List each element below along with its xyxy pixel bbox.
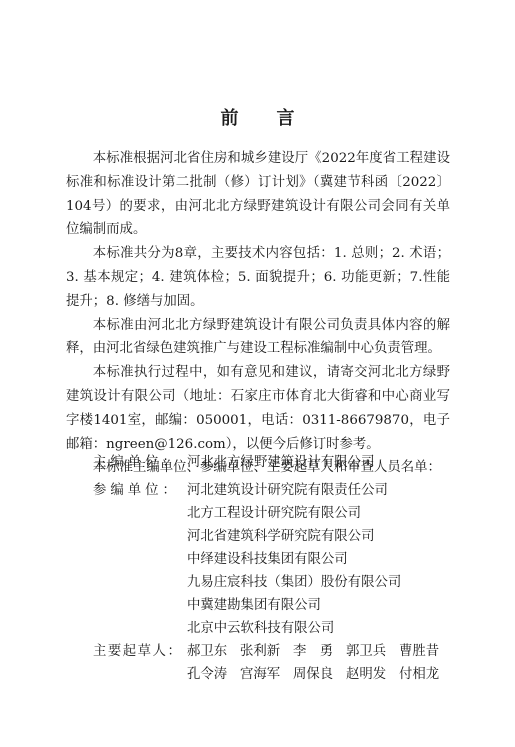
chief-unit-row: 主编单位： 河北北方绿野建筑设计有限公司 <box>93 451 473 474</box>
participating-unit: 九易庄宸科技（集团）股份有限公司 <box>187 571 473 594</box>
drafter-name: 郭卫兵 <box>346 640 399 663</box>
chief-unit-label: 主编单位： <box>93 451 187 474</box>
participating-unit: 北方工程设计研究院有限公司 <box>187 502 473 525</box>
drafters-label: 主要起草人： <box>93 640 187 686</box>
drafter-name: 周保良 <box>293 663 346 686</box>
drafters-line: 郝卫东 张利新 李 勇 郭卫兵 曹胜昔 <box>187 640 473 663</box>
participating-units-row: 参编单位： 河北建筑设计研究院有限责任公司 北方工程设计研究院有限公司 河北省建… <box>93 479 473 640</box>
participating-unit: 中冀建勘集团有限公司 <box>187 594 473 617</box>
paragraph-management: 本标准由河北北方绿野建筑设计有限公司负责具体内容的解释，由河北省绿色建筑推广与建… <box>66 314 450 362</box>
drafter-name: 赵明发 <box>346 663 399 686</box>
drafter-name: 付相龙 <box>399 663 452 686</box>
chief-unit-value: 河北北方绿野建筑设计有限公司 <box>187 451 473 474</box>
preface-body: 本标准根据河北省住房和城乡建设厅《2022年度省工程建设标准和标准设计第二批制（… <box>66 147 450 480</box>
drafter-name: 曹胜昔 <box>399 640 452 663</box>
participating-unit: 河北建筑设计研究院有限责任公司 <box>187 479 473 502</box>
drafters-row: 主要起草人： 郝卫东 张利新 李 勇 郭卫兵 曹胜昔 孔令涛 宫海军 周保良 赵… <box>93 640 473 686</box>
document-page: 前言 本标准根据河北省住房和城乡建设厅《2022年度省工程建设标准和标准设计第二… <box>0 0 515 747</box>
paragraph-feedback: 本标准执行过程中，如有意见和建议，请寄交河北北方绿野建筑设计有限公司（地址：石家… <box>66 361 450 456</box>
page-title: 前言 <box>0 104 515 130</box>
personnel-list: 主编单位： 河北北方绿野建筑设计有限公司 参编单位： 河北建筑设计研究院有限责任… <box>93 451 473 686</box>
drafter-name: 孔令涛 <box>187 663 240 686</box>
title-char: 言 <box>277 104 295 130</box>
participating-units-label: 参编单位： <box>93 479 187 640</box>
paragraph-basis: 本标准根据河北省住房和城乡建设厅《2022年度省工程建设标准和标准设计第二批制（… <box>66 147 450 242</box>
drafter-name: 李 勇 <box>293 640 346 663</box>
paragraph-contents: 本标准共分为8章，主要技术内容包括：1. 总则；2. 术语；3. 基本规定；4.… <box>66 242 450 313</box>
participating-unit: 河北省建筑科学研究院有限公司 <box>187 525 473 548</box>
drafter-name: 张利新 <box>240 640 293 663</box>
drafter-name: 宫海军 <box>240 663 293 686</box>
title-char: 前 <box>221 104 239 130</box>
participating-unit: 中绎建设科技集团有限公司 <box>187 548 473 571</box>
participating-unit: 北京中云软科技有限公司 <box>187 617 473 640</box>
drafter-name: 郝卫东 <box>187 640 240 663</box>
drafters-line: 孔令涛 宫海军 周保良 赵明发 付相龙 <box>187 663 473 686</box>
